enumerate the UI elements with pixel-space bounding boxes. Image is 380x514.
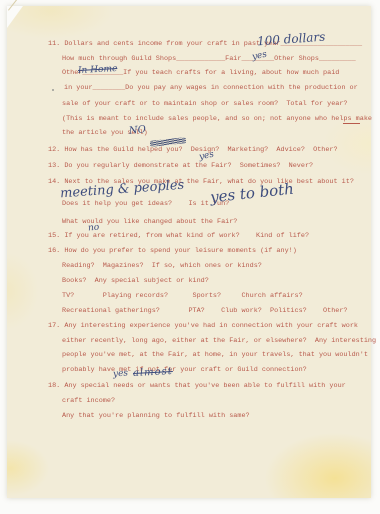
typed-line-q18-2: craft income? <box>62 397 115 405</box>
typed-line-q18-3: Any that you're planning to fulfill with… <box>62 412 250 420</box>
typed-line-q12: 12. How has the Guild helped you? Design… <box>48 146 338 154</box>
typed-line-q11-2: How much through Guild Shops____________… <box>62 55 356 63</box>
handwriting-needs-answer: yes <box>113 368 129 379</box>
typed-line-q18-1: 18. Any special needs or wants that you'… <box>48 382 346 390</box>
typed-line-q15: 15. If you are retired, from what kind o… <box>48 232 309 240</box>
make-underline <box>343 123 360 124</box>
scanned-questionnaire-page: 11. Dollars and cents income from your c… <box>0 0 380 514</box>
typed-line-q17-1: 17. Any interesting experience you've ha… <box>48 322 358 330</box>
typed-line-q16-2: Reading? Magazines? If so, which ones or… <box>62 262 262 270</box>
stray-mark <box>52 89 54 91</box>
typed-line-q16-3: Books? Any special subject or kind? <box>62 277 209 285</box>
typed-line-q16: 16. How do you prefer to spend your leis… <box>48 247 297 255</box>
handwriting-other-note: In Home <box>78 64 118 76</box>
typed-line-q11-6: (This is meant to include sales people, … <box>62 115 372 123</box>
typed-line-q16-5: Recreational gatherings? PTA? Club work?… <box>62 307 348 315</box>
typed-line-q17-4: probably have met if not for your craft … <box>62 366 307 374</box>
typed-line-q16-4: TV? Playing records? Sports? Church affa… <box>62 292 303 300</box>
typed-line-q17-3: people you've met, at the Fair, at home,… <box>62 351 368 359</box>
typed-line-q17-2: either recently, long ago, either at the… <box>62 337 376 345</box>
handwriting-demonstrate-answer: yes <box>198 150 215 163</box>
typed-line-q11-4: in your________Do you pay any wages in c… <box>64 84 358 92</box>
handwriting-needs-struck-word: almost <box>133 366 173 379</box>
paper-sheet: 11. Dollars and cents income from your c… <box>7 6 371 498</box>
typed-line-q14-2: Does it help you get ideas? Is it fun? <box>62 200 229 208</box>
typed-line-q11-5: sale of your craft or to maintain shop o… <box>62 100 348 108</box>
handwriting-retired-answer: no <box>88 223 100 234</box>
typed-line-q13: 13. Do you regularly demonstrate at the … <box>48 162 313 170</box>
handwriting-sell-answer: NO <box>128 124 146 137</box>
